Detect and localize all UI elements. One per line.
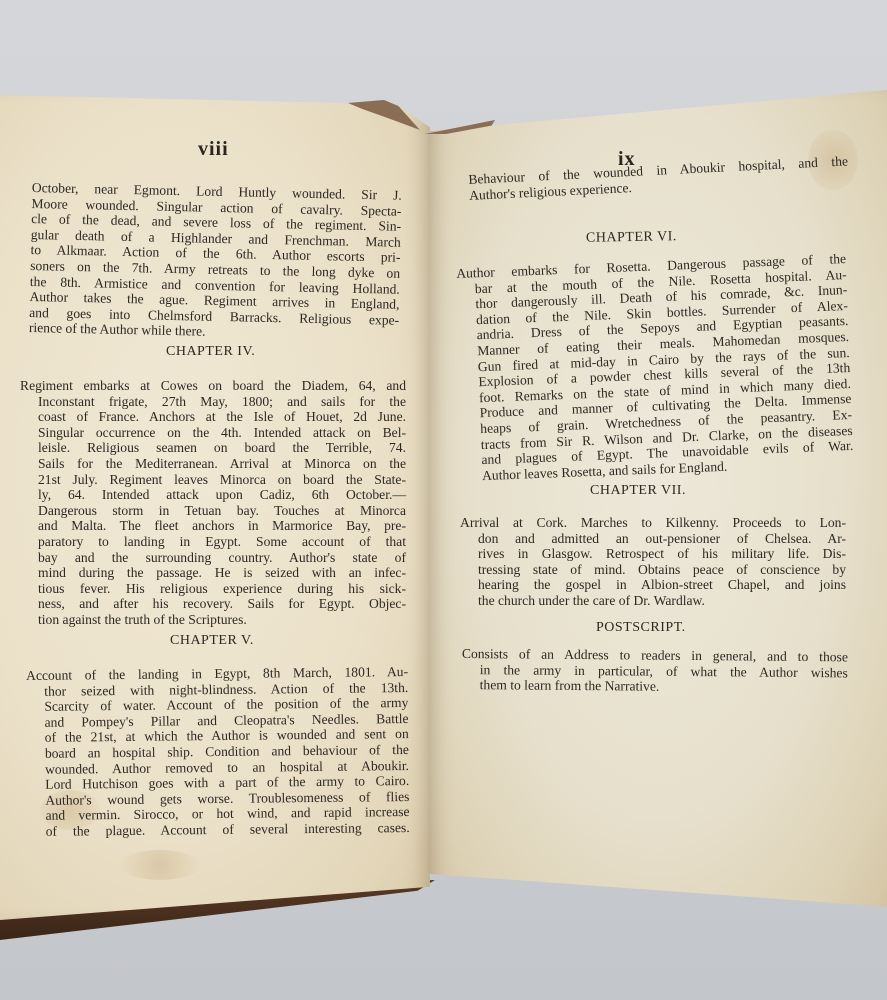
foxing-stain [120,850,200,880]
photo-scene: viii October, near Egmont. Lord Huntly w… [0,0,887,1000]
page-number: viii [198,138,229,161]
chapter-summary: Account of the landing in Egypt, 8th Mar… [26,664,410,840]
text-line: tious fever. His religious experience du… [20,581,406,597]
text-line: don and admitted an out-pensioner of Che… [460,531,846,547]
text-line: Regiment embarks at Cowes on board the D… [20,378,406,394]
text-line: mind during the passage. He is seized wi… [20,565,406,581]
text-line: Sails for the Mediterranean. Arrival at … [20,456,406,472]
text-line: Dangerous storm in Tetuan bay. Touches a… [20,503,406,519]
chapter-heading: CHAPTER VI. [586,229,677,247]
text-line: tressing state of mind. Obtains peace of… [460,562,846,578]
text-line: Singular occurrence on the 4th. Intended… [20,425,406,441]
text-line: them to learn from the Narrative. [462,677,848,696]
text-line: tion against the truth of the Scriptures… [20,612,406,628]
text-line: the church under the care of Dr. Wardlaw… [460,593,846,609]
text-line: hearing the gospel in Albion-street Chap… [460,577,846,593]
text-line: ly, 64. Intended attack upon Cadiz, 6th … [20,487,406,503]
chapter-summary: Author embarks for Rosetta. Dangerous pa… [456,251,854,484]
text-line: rives in Glasgow. Retrospect of his mili… [460,546,846,562]
text-line: 21st July. Regiment leaves Minorca on bo… [20,472,406,488]
right-page: ix Behaviour of the wounded in Aboukir h… [428,90,887,915]
chapter-heading: CHAPTER VII. [590,483,686,499]
text-line: paratory to landing in Egypt. Some accou… [20,534,406,550]
continued-summary: Behaviour of the wounded in Aboukir hosp… [468,153,849,203]
text-line: Arrival at Cork. Marches to Kilkenny. Pr… [460,515,846,531]
text-line: leisle. Religious seamen on board the Te… [20,440,406,456]
text-line: Inconstant frigate, 27th May, 1800; and … [20,394,406,410]
continued-summary: October, near Egmont. Lord Huntly wounde… [29,180,402,344]
postscript-heading: POSTSCRIPT. [596,620,686,636]
left-page: viii October, near Egmont. Lord Huntly w… [0,90,430,920]
text-line: of the plague. Account of several intere… [28,820,410,840]
text-line: coast of France. Anchors at the Isle of … [20,409,406,425]
text-line: bay and the surrounding country. Author'… [20,550,406,566]
text-line: and Malta. The fleet anchors in Marmoric… [20,518,406,534]
text-line: ness, and after his recovery. Sails for … [20,596,406,612]
chapter-summary: Regiment embarks at Cowes on board the D… [20,378,406,628]
chapter-heading: CHAPTER V. [170,633,254,649]
postscript-summary: Consists of an Address to readers in gen… [462,646,848,696]
chapter-heading: CHAPTER IV. [166,344,255,360]
chapter-summary: Arrival at Cork. Marches to Kilkenny. Pr… [460,515,846,609]
